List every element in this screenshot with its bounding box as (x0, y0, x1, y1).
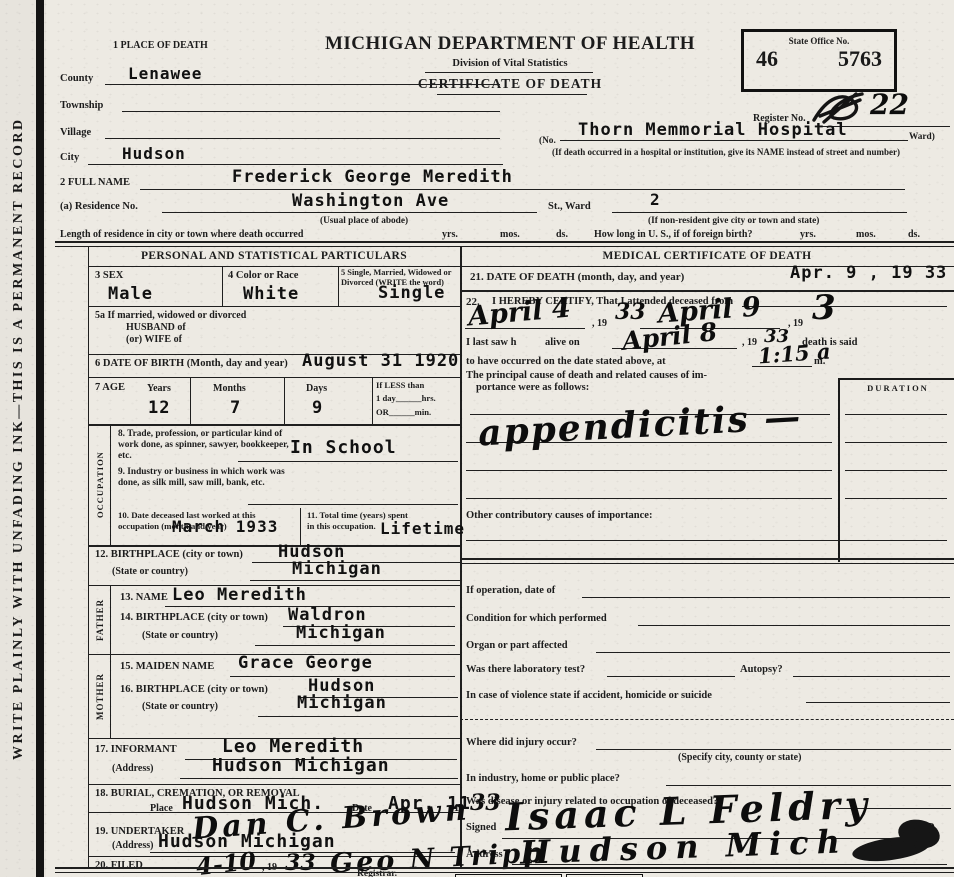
f16-state-value: Michigan (297, 693, 387, 713)
f8-label: 8. Trade, profession, or particular kind… (118, 429, 296, 462)
state-office-label: State Office No. (744, 36, 894, 46)
residence-value: Washington Ave (292, 191, 449, 211)
months-label: Months (213, 383, 246, 395)
f11-value: Lifetime (380, 519, 465, 538)
mother-side-label: MOTHER (90, 654, 110, 738)
state-office-number: 46 5763 (744, 46, 894, 72)
county-label: County (60, 73, 93, 85)
cell-divider (372, 377, 373, 424)
death-certificate-scan: WRITE PLAINLY WITH UNFADING INK—THIS IS … (0, 0, 954, 877)
register-no-value: 22 (870, 88, 909, 121)
rule-line (638, 625, 950, 626)
duration-label: DURATION (840, 384, 954, 394)
side-label-divider (110, 585, 111, 654)
left-border-bar (36, 0, 44, 877)
other-causes-label: Other contributory causes of importance: (466, 510, 652, 522)
department-title: MICHIGAN DEPARTMENT OF HEALTH (290, 33, 730, 55)
organ-label: Organ or part affected (466, 640, 568, 652)
abode-note: (Usual place of abode) (320, 216, 408, 227)
village-line (105, 138, 500, 139)
principal-cause-label-1: The principal cause of death and related… (466, 370, 707, 382)
f9-label: 9. Industry or business in which work wa… (118, 467, 306, 489)
village-label: Village (60, 127, 91, 139)
cell-divider (300, 508, 301, 545)
how-long-us-label: How long in U. S., if of foreign birth? (594, 229, 752, 241)
less-than-label-2: 1 day______hrs. (376, 394, 436, 404)
duration-line (845, 442, 947, 443)
section-divider (55, 246, 954, 247)
divider-line (460, 563, 954, 564)
f13-value: Leo Meredith (172, 585, 307, 605)
f10-value: March 1933 (172, 517, 278, 536)
county-line (105, 84, 500, 85)
ds-label: ds. (556, 229, 568, 241)
less-than-label-1: If LESS than (376, 381, 424, 391)
f8-line (238, 461, 458, 462)
nonresident-note: (If non-resident give city or town and s… (648, 216, 819, 227)
f16-label: 16. BIRTHPLACE (city or town) (120, 684, 268, 696)
f5a-label-3: (or) WIFE of (126, 334, 182, 346)
divider-line (460, 290, 954, 292)
length-residence-label: Length of residence in city or town wher… (60, 229, 303, 241)
medical-section-title: MEDICAL CERTIFICATE OF DEATH (460, 250, 954, 263)
dob-value: August 31 1920 (302, 351, 459, 371)
less-than-label-3: OR______min. (376, 408, 431, 418)
attended-from-year: 33 (615, 299, 646, 325)
f17-label: 17. INFORMANT (95, 744, 177, 756)
divider-line (460, 558, 954, 560)
state-office-stamp-box: State Office No. 46 5763 (741, 29, 897, 92)
f14-state-label: (State or country) (142, 630, 218, 642)
f5a-label-1: 5a If married, widowed or divorced (95, 310, 246, 322)
f14-label: 14. BIRTHPLACE (city or town) (120, 612, 268, 624)
cause-line (466, 470, 832, 471)
injury-note: (Specify city, county or state) (678, 752, 801, 764)
rule-line (607, 676, 735, 677)
f17-address-value: Hudson Michigan (212, 755, 390, 776)
f22-from-line (742, 306, 947, 307)
f12-label: 12. BIRTHPLACE (city or town) (95, 549, 243, 561)
divider-line (88, 266, 460, 267)
institution-note: (If death occurred in a hospital or inst… (552, 147, 900, 157)
attended-to-year: 3 (812, 288, 836, 328)
side-label-divider (110, 654, 111, 738)
full-name-value: Frederick George Meredith (232, 167, 513, 187)
section-divider (55, 241, 954, 243)
f15-value: Grace George (238, 653, 373, 673)
cell-divider (190, 377, 191, 424)
days-value: 9 (312, 398, 323, 418)
violence-label: In case of violence state if accident, h… (466, 690, 712, 702)
occurred-label: to have occurred on the date stated abov… (466, 356, 666, 368)
divider-line (88, 424, 460, 426)
margin-instruction-text: WRITE PLAINLY WITH UNFADING INK—THIS IS … (4, 0, 34, 877)
bottom-border (55, 872, 954, 873)
cause-line (466, 498, 832, 499)
months-value: 7 (230, 398, 241, 418)
st-ward-label: St., Ward (548, 201, 591, 213)
injury-where-label: Where did injury occur? (466, 737, 577, 749)
division-subtitle: Division of Vital Statistics (290, 58, 730, 70)
burial-year-value: 33 (470, 790, 501, 816)
ward-line (612, 212, 907, 213)
sex-value: Male (108, 284, 153, 304)
rule-line (806, 702, 950, 703)
f12-state-line (250, 580, 460, 581)
f17-address-label: (Address) (112, 763, 153, 775)
center-divider (460, 246, 462, 868)
full-name-line (140, 189, 905, 190)
yrs-label-2: yrs. (800, 229, 816, 241)
lab-test-label: Was there laboratory test? (466, 664, 585, 676)
duration-line (845, 414, 947, 415)
state-office-number-1: 46 (756, 46, 778, 72)
dob-label: 6 DATE OF BIRTH (Month, day and year) (95, 358, 288, 370)
f9-line (248, 504, 458, 505)
operation-label: If operation, date of (466, 585, 555, 597)
f21-value: Apr. 9 , 19 33 (790, 263, 947, 283)
city-value: Hudson (122, 144, 186, 163)
divider-line (88, 545, 460, 547)
f14-state-line (255, 645, 455, 646)
race-value: White (243, 284, 299, 304)
ward-value: 2 (650, 190, 661, 209)
f14-value: Waldron (288, 605, 367, 625)
rule-line (596, 749, 951, 750)
divider-line (88, 306, 460, 307)
township-label: Township (60, 100, 103, 112)
duration-line (845, 498, 947, 499)
from-19-label: , 19 (592, 318, 607, 330)
rule-line (596, 652, 950, 653)
f17-value: Leo Meredith (222, 736, 364, 757)
divider-line (88, 784, 460, 785)
township-line (122, 111, 500, 112)
f13-label: 13. NAME (120, 592, 168, 604)
city-line (88, 164, 503, 165)
condition-label: Condition for which performed (466, 613, 607, 625)
cell-divider (222, 266, 223, 306)
age-label: 7 AGE (95, 382, 125, 394)
bottom-border (55, 867, 954, 869)
years-label: Years (147, 383, 171, 395)
cell-divider (284, 377, 285, 424)
side-label-divider (110, 424, 111, 545)
left-column-border (88, 246, 89, 868)
full-name-label: 2 FULL NAME (60, 177, 130, 189)
principal-cause-label-2: portance were as follows: (476, 382, 589, 394)
f16-state-line (258, 716, 458, 717)
mos-label-2: mos. (856, 229, 876, 241)
mos-label: mos. (500, 229, 520, 241)
f21-label: 21. DATE OF DEATH (month, day, and year) (470, 271, 684, 284)
rule-line (466, 540, 947, 541)
to-19-label: , 19 (788, 318, 803, 330)
f12-state-value: Michigan (292, 559, 382, 579)
years-value: 12 (148, 398, 170, 418)
divider-line (425, 72, 593, 73)
ds-label-2: ds. (908, 229, 920, 241)
days-label: Days (306, 383, 327, 395)
residence-line (162, 212, 537, 213)
last-saw-label-1: I last saw h (466, 337, 516, 349)
autopsy-label: Autopsy? (740, 664, 783, 676)
f16-state-label: (State or country) (142, 701, 218, 713)
last-saw-19-label: , 19 (742, 337, 757, 349)
f17-address-line (180, 778, 458, 779)
divider-line (88, 377, 460, 378)
rule-line (793, 676, 950, 677)
divider-line (437, 94, 587, 95)
marital-value: Single (378, 283, 445, 303)
institution-line (560, 140, 908, 141)
occupation-side-label: OCCUPATION (90, 424, 110, 545)
institution-value: Thorn Memmorial Hospital (578, 120, 848, 140)
city-label: City (60, 152, 79, 164)
place-of-death-label: 1 PLACE OF DEATH (113, 40, 208, 52)
last-saw-label-2: alive on (545, 337, 580, 349)
f8-value: In School (290, 437, 397, 458)
f14-state-value: Michigan (296, 623, 386, 643)
f15-label: 15. MAIDEN NAME (120, 661, 214, 673)
sex-label: 3 SEX (95, 270, 123, 282)
duration-line (845, 470, 947, 471)
state-office-number-2: 5763 (838, 46, 882, 72)
industry-label: In industry, home or public place? (466, 773, 620, 785)
yrs-label: yrs. (442, 229, 458, 241)
f5a-label-2: HUSBAND of (126, 322, 186, 334)
f19-address-label: (Address) (112, 840, 153, 852)
rule-line (582, 597, 950, 598)
ward-label: Ward) (909, 132, 935, 143)
race-label: 4 Color or Race (228, 270, 298, 282)
f12-state-label: (State or country) (112, 566, 188, 578)
time-of-death-value: 1:15 a (757, 339, 831, 369)
residence-label: (a) Residence No. (60, 201, 138, 213)
institution-no-label: (No. (539, 136, 556, 147)
county-value: Lenawee (128, 64, 202, 83)
personal-section-title: PERSONAL AND STATISTICAL PARTICULARS (88, 250, 460, 263)
section-divider (460, 719, 954, 720)
cell-divider (338, 266, 339, 306)
father-side-label: FATHER (90, 585, 110, 654)
